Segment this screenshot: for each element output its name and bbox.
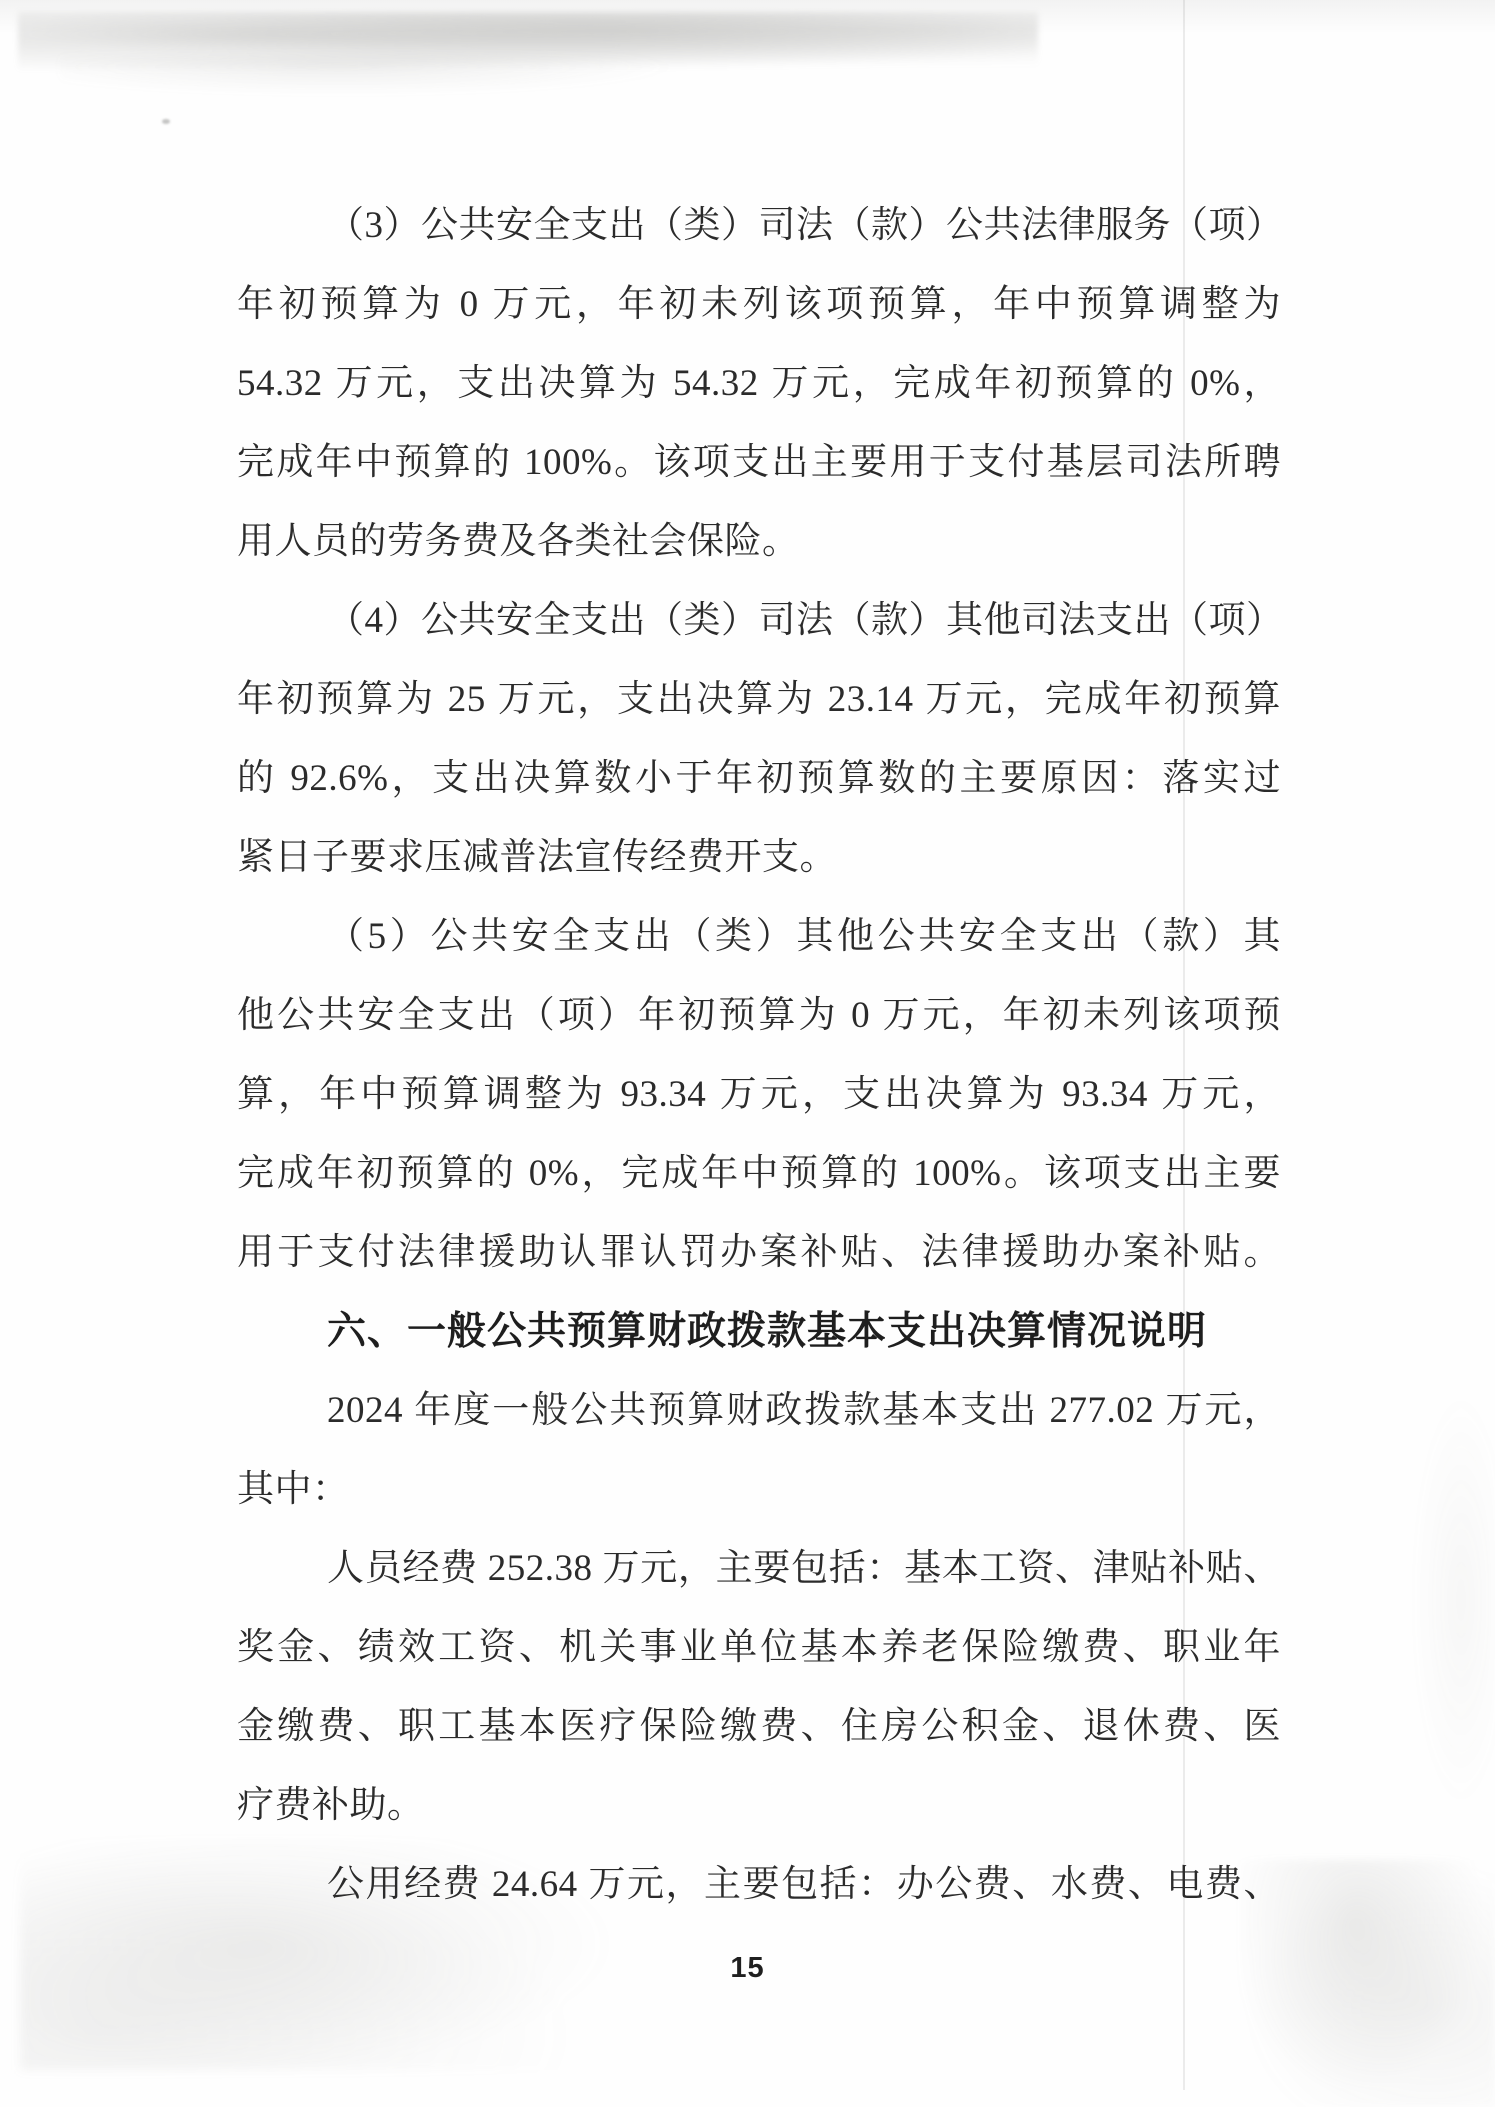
text-line: 完成年初预算的 0%，完成年中预算的 100%。该项支出主要 xyxy=(237,1134,1281,1213)
text-line: 年初预算为 25 万元，支出决算为 23.14 万元，完成年初预算 xyxy=(237,660,1281,739)
text-line: 他公共安全支出（项）年初预算为 0 万元，年初未列该项预 xyxy=(237,976,1281,1055)
scan-noise-top-band xyxy=(18,12,1038,70)
section-heading: 六、一般公共预算财政拨款基本支出决算情况说明 xyxy=(237,1292,1281,1371)
text-line: 54.32 万元，支出决算为 54.32 万元，完成年初预算的 0%， xyxy=(237,344,1281,423)
text-line: 金缴费、职工基本医疗保险缴费、住房公积金、退休费、医 xyxy=(237,1687,1281,1766)
text-line: 人员经费 252.38 万元，主要包括：基本工资、津贴补贴、 xyxy=(237,1529,1281,1608)
text-line: 奖金、绩效工资、机关事业单位基本养老保险缴费、职业年 xyxy=(237,1608,1281,1687)
text-line: （3）公共安全支出（类）司法（款）公共法律服务（项） xyxy=(237,186,1281,265)
scan-noise-top-tail xyxy=(60,55,680,95)
text-line: 其中： xyxy=(237,1450,1281,1529)
scan-noise-mid-right xyxy=(1410,1390,1495,1810)
text-line: 2024 年度一般公共预算财政拨款基本支出 277.02 万元， xyxy=(237,1371,1281,1450)
text-line: 紧日子要求压减普法宣传经费开支。 xyxy=(237,818,1281,897)
text-line: 的 92.6%，支出决算数小于年初预算数的主要原因：落实过 xyxy=(237,739,1281,818)
text-line: （4）公共安全支出（类）司法（款）其他司法支出（项） xyxy=(237,581,1281,660)
text-line: 用人员的劳务费及各类社会保险。 xyxy=(237,502,1281,581)
text-line: （5）公共安全支出（类）其他公共安全支出（款）其 xyxy=(237,897,1281,976)
document-body: （3）公共安全支出（类）司法（款）公共法律服务（项） 年初预算为 0 万元，年初… xyxy=(237,186,1281,1924)
text-line: 年初预算为 0 万元，年初未列该项预算，年中预算调整为 xyxy=(237,265,1281,344)
text-line: 用于支付法律援助认罪认罚办案补贴、法律援助办案补贴。 xyxy=(237,1213,1281,1292)
text-line: 算，年中预算调整为 93.34 万元，支出决算为 93.34 万元， xyxy=(237,1055,1281,1134)
text-line: 完成年中预算的 100%。该项支出主要用于支付基层司法所聘 xyxy=(237,423,1281,502)
text-line: 疗费补助。 xyxy=(237,1766,1281,1845)
text-line: 公用经费 24.64 万元，主要包括：办公费、水费、电费、 xyxy=(237,1845,1281,1924)
scan-noise-top-strip xyxy=(0,0,1495,34)
document-page: （3）公共安全支出（类）司法（款）公共法律服务（项） 年初预算为 0 万元，年初… xyxy=(0,0,1495,2107)
scan-speck xyxy=(162,119,170,124)
page-number: 15 xyxy=(0,1952,1495,1985)
